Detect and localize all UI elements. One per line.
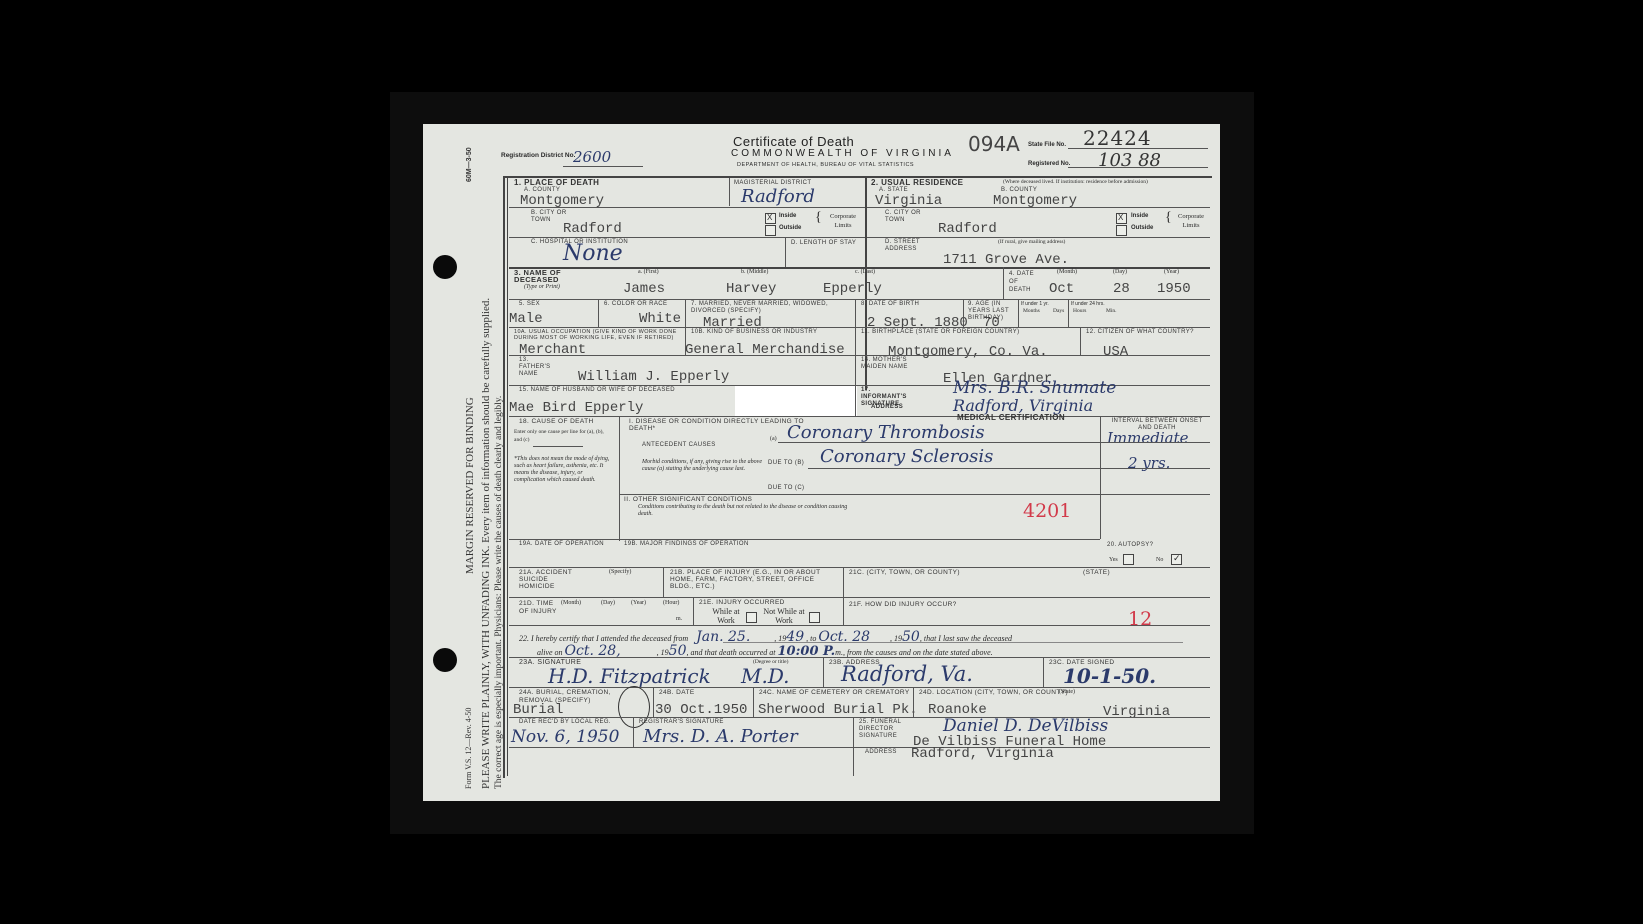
medical-certification-heading: Medical Certification	[957, 413, 1065, 422]
interval-b: 2 yrs.	[1128, 454, 1170, 472]
burial-type: Burial	[513, 702, 563, 718]
certificate-subtitle: Commonwealth of Virginia	[731, 148, 954, 159]
hospital-value: None	[563, 241, 623, 266]
middle-name: Harvey	[726, 281, 776, 297]
date-of-death-label: 4. Date of Death	[1009, 270, 1041, 294]
margin-instruction-1: PLEASE WRITE PLAINLY, WITH UNFADING INK.…	[480, 298, 492, 789]
inside-checkbox[interactable]: X	[765, 213, 776, 224]
autopsy-yes-checkbox[interactable]	[1123, 554, 1134, 565]
autopsy-no-checkbox[interactable]: ✓	[1171, 554, 1182, 565]
funeral-home-address: Radford, Virginia	[911, 746, 1054, 762]
death-year: 1950	[1157, 281, 1191, 297]
residence-city: Radford	[938, 221, 997, 237]
certificate-title: Certificate of Death	[733, 134, 854, 149]
state-file-no: 22424	[1083, 126, 1152, 150]
cause-code: 4201	[1023, 500, 1071, 522]
sex-value: Male	[509, 311, 543, 327]
outside-checkbox[interactable]	[765, 225, 776, 236]
death-day: 28	[1113, 281, 1130, 297]
margin-form-id: Form V.S. 12—Rev. 4-50	[464, 708, 473, 789]
residence-street: 1711 Grove Ave.	[943, 252, 1069, 268]
not-while-at-work-checkbox[interactable]	[809, 612, 820, 623]
burial-date: 30 Oct.1950	[655, 702, 747, 718]
margin-print-code: 60M—3-50	[466, 147, 473, 182]
physician-address: Radford, Va.	[841, 662, 973, 686]
registrar-signature: Mrs. D. A. Porter	[643, 726, 798, 747]
interval-a: Immediate	[1107, 429, 1189, 447]
magisterial-district: Radford	[741, 186, 815, 207]
date-received: Nov. 6, 1950	[511, 727, 619, 747]
redacted-field	[735, 386, 857, 416]
physician-signature: H.D. Fitzpatrick	[548, 664, 711, 688]
binding-hole-top	[433, 255, 457, 279]
registration-district-label: Registration District No.	[501, 151, 575, 160]
citizen-value: USA	[1103, 344, 1128, 360]
first-name: James	[623, 281, 665, 297]
cause-a: Coronary Thrombosis	[787, 422, 985, 443]
last-name: Epperly	[823, 281, 882, 297]
death-certificate: 60M—3-50 Form V.S. 12—Rev. 4-50 MARGIN R…	[423, 124, 1220, 801]
corporate-limits-label: Corporate Limits	[825, 212, 861, 230]
code-stamp: 094A	[968, 132, 1020, 156]
informant-signature: Mrs. B.R. Shumate	[953, 378, 1116, 398]
death-city: Radford	[563, 221, 622, 237]
funeral-director-signature: Daniel D. DeVilbiss	[943, 716, 1108, 736]
race-value: White	[639, 311, 681, 327]
state-file-label: State File No.	[1028, 142, 1066, 148]
margin-binding-note: MARGIN RESERVED FOR BINDING	[464, 397, 476, 574]
name-of-deceased-label: 3. Name of Deceased	[514, 269, 594, 283]
length-of-stay-label: d. Length of Stay	[791, 240, 861, 247]
physician-degree: M.D.	[741, 664, 790, 688]
inside-label: Inside	[779, 213, 796, 219]
while-at-work-checkbox[interactable]	[746, 612, 757, 623]
certificate-department: Department of Health, Bureau of Vital St…	[737, 162, 914, 168]
residence-outside-checkbox[interactable]	[1116, 225, 1127, 236]
cemetery-name: Sherwood Burial Pk.	[758, 702, 918, 718]
spouse-name: Mae Bird Epperly	[509, 400, 643, 416]
cause-b: Coronary Sclerosis	[820, 446, 993, 467]
father-name: William J. Epperly	[578, 369, 729, 385]
place-of-death-label: 1. PLACE OF DEATH	[514, 178, 599, 187]
registered-label: Registered No.	[1028, 161, 1070, 167]
registration-district-no: 2600	[573, 148, 611, 166]
death-month: Oct	[1049, 281, 1074, 297]
outside-label: Outside	[779, 225, 801, 231]
residence-inside-checkbox[interactable]: X	[1116, 213, 1127, 224]
injury-code: 12	[1128, 608, 1152, 630]
binding-hole-bottom	[433, 648, 457, 672]
date-signed: 10-1-50.	[1063, 664, 1156, 688]
usual-residence-label: 2. USUAL RESIDENCE	[871, 178, 963, 187]
